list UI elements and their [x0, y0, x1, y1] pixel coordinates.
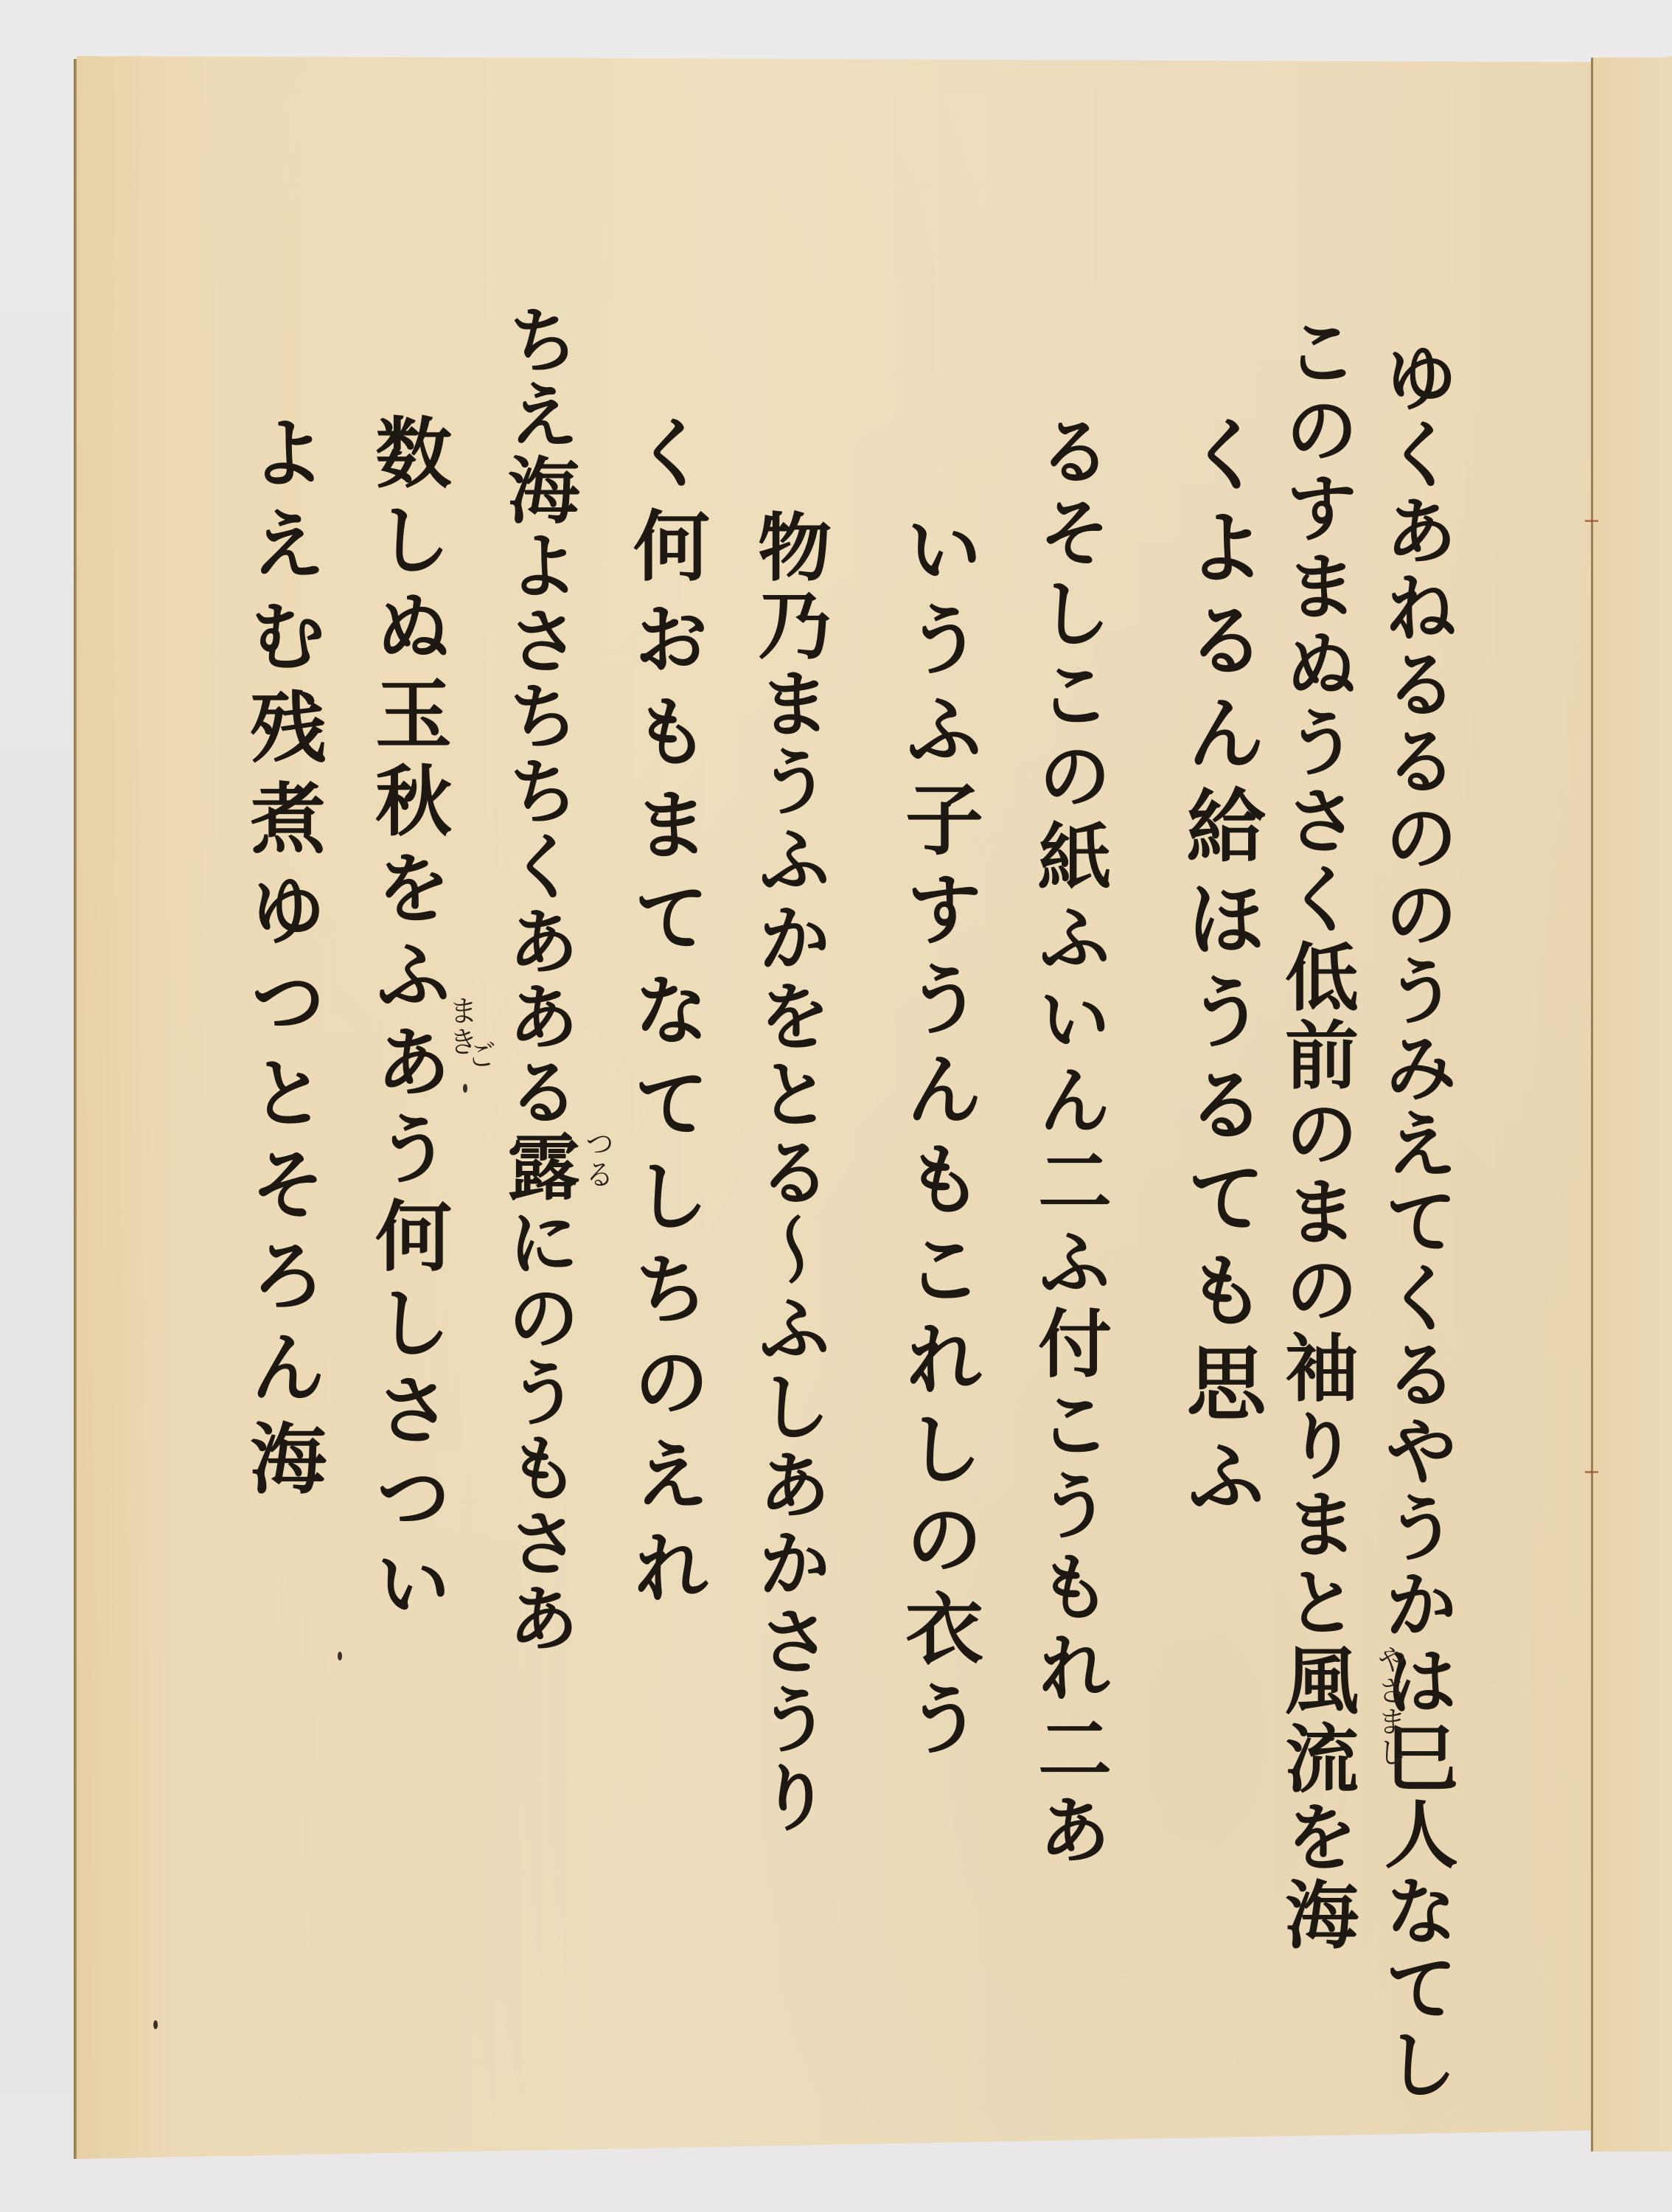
furigana-gloss: やさまし — [1375, 1644, 1404, 1768]
binding-thread-mark — [1585, 1471, 1598, 1473]
text-column-2: このすまぬうさく低前のまの袖りまと風流を海 — [1279, 313, 1353, 1955]
text-column-6: 物乃まうふかをとる〜ふしあかさうり — [752, 509, 826, 1837]
ink-speck — [338, 1652, 342, 1660]
binding-fold-line — [1591, 58, 1593, 2152]
text-column-1: ゆくあねるるののうみえてくるやうかは巳人なてし — [1379, 339, 1452, 2103]
text-column-9: 数しぬ玉秋をふあう何しさつい — [369, 413, 445, 1631]
text-column-5: いうふ子すうんもこれしの衣う — [899, 509, 978, 1768]
text-column-3: くよるん給ほうるても思ふ — [1180, 413, 1259, 1528]
ink-speck — [153, 2020, 158, 2029]
binding-thread-mark — [1585, 520, 1598, 522]
text-column-7: く何おもまてなてしちのえれ — [627, 413, 703, 1621]
text-column-8: ちえ海よさちちくあある露にのうもさあ — [501, 302, 574, 1656]
text-column-10: よえむ残煮ゆつとそろん海 — [243, 413, 320, 1510]
furigana-gloss: つる — [582, 1128, 612, 1190]
furigana-gloss: ご — [464, 1040, 494, 1071]
text-column-4: るそしこの紙ふいん二ふ付こうもれ二あ — [1032, 413, 1106, 1873]
ink-speck — [463, 1084, 467, 1093]
adjacent-leaf — [1593, 58, 1672, 2152]
